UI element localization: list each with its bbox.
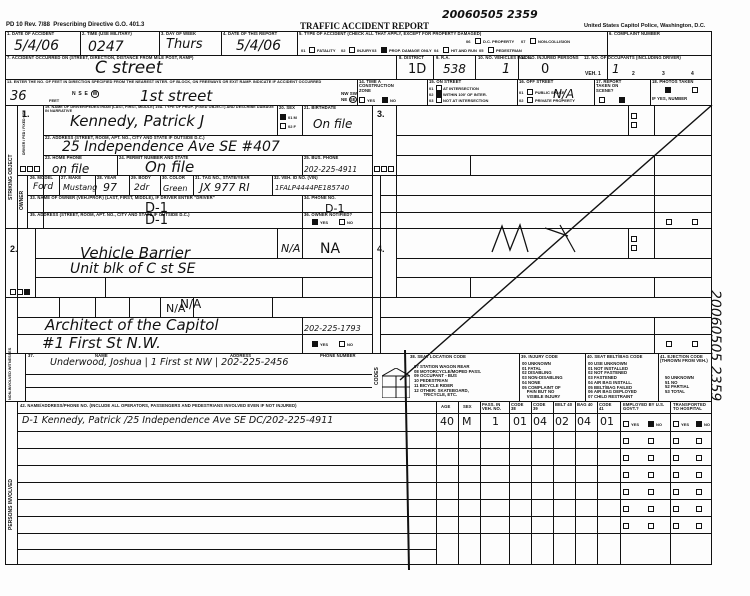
hospital-yes-5[interactable] — [673, 489, 679, 495]
persons-header-label: 42. Name/Address/Phone No. (Include all … — [20, 404, 297, 408]
employed-no-3[interactable] — [648, 455, 654, 461]
belt-code-label: 40. Seat Belt/Bag Code — [587, 355, 643, 359]
employed-yes-7[interactable] — [623, 523, 629, 529]
hospital-no-3[interactable] — [696, 455, 702, 461]
seat-grid — [382, 368, 410, 396]
person-1-belt[interactable]: 02 — [555, 416, 569, 427]
employed-no-2[interactable] — [648, 438, 654, 444]
witnesses-label: Non-Involved Witnesses — [8, 348, 12, 400]
employed-yes-2[interactable] — [623, 438, 629, 444]
hospital-no-1[interactable] — [696, 421, 702, 427]
hospital-yes-6[interactable] — [673, 506, 679, 512]
person-1-age[interactable]: 40 — [440, 416, 454, 427]
employed-no-1[interactable] — [648, 421, 654, 427]
person-1-code41[interactable]: 01 — [600, 416, 614, 427]
col-hospital: Transported to Hospital — [673, 403, 711, 412]
employed-yes-6[interactable] — [623, 506, 629, 512]
hospital-yes-7[interactable] — [673, 523, 679, 529]
col-age: Age — [441, 405, 450, 409]
col-pass-veh: Pass. in Veh. No. — [482, 403, 508, 412]
hospital-no-6[interactable] — [696, 506, 702, 512]
person-1-sex[interactable]: M — [462, 416, 472, 427]
ejection-codes-list: 50 Unknown 51 No 52 Partial 53 Total — [665, 376, 694, 395]
person-1-name[interactable]: D-1 Kennedy, Patrick /25 Independence Av… — [22, 416, 333, 426]
codes-label: Codes — [374, 367, 380, 385]
person-1-bag[interactable]: 04 — [577, 416, 591, 427]
witness-row-1[interactable]: Underwood, Joshua | 1 First st NW | 202-… — [50, 358, 288, 368]
employed-yes-5[interactable] — [623, 489, 629, 495]
employed-yes-3[interactable] — [623, 455, 629, 461]
hospital-yes-4[interactable] — [673, 472, 679, 478]
injury-code-label: 39. Injury Code — [521, 355, 558, 359]
employed-no-6[interactable] — [648, 506, 654, 512]
employed-yes-4[interactable] — [623, 472, 629, 478]
crossout-lines — [0, 0, 750, 596]
seat-location-label: 38. Seat Location Code — [410, 355, 466, 359]
col-employed: Employed by U.S. Govt.? — [623, 403, 669, 412]
witness-phone-label: Phone Number — [320, 354, 356, 358]
employed-no-5[interactable] — [648, 489, 654, 495]
col-sex: Sex — [463, 405, 472, 409]
persons-involved-label: Persons Involved — [8, 479, 14, 530]
hospital-yes-1[interactable] — [673, 421, 679, 427]
injury-codes-list: 00 Unknown 01 Fatal 02 Disabling 03 Non-… — [522, 362, 563, 400]
belt-codes-list: 00 Use Unknown 01 Not Installed 02 Not F… — [588, 362, 637, 400]
hospital-no-7[interactable] — [696, 523, 702, 529]
person-1-code39[interactable]: 04 — [533, 416, 547, 427]
employed-no-4[interactable] — [648, 472, 654, 478]
hospital-yes-3[interactable] — [673, 455, 679, 461]
person-1-veh[interactable]: 1 — [492, 416, 499, 427]
person-1-code38[interactable]: 01 — [513, 416, 527, 427]
employed-no-7[interactable] — [648, 523, 654, 529]
hospital-no-2[interactable] — [696, 438, 702, 444]
employed-yes-1[interactable] — [623, 421, 629, 427]
hospital-no-4[interactable] — [696, 472, 702, 478]
ejection-code-label: 41. Ejection Code (Thrown from Veh.) — [660, 355, 710, 364]
col-bag40: Bag 40 — [577, 403, 595, 407]
seat-codes-list: 07 Station Wagon Rear 08 Motorcycle/Mope… — [414, 365, 481, 398]
col-code39: Code 39 — [533, 403, 551, 412]
col-belt40: Belt 40 — [555, 403, 573, 407]
col-code38: Code 38 — [511, 403, 529, 412]
hospital-yes-2[interactable] — [673, 438, 679, 444]
col-code41: Code 41 — [599, 403, 617, 412]
hospital-no-5[interactable] — [696, 489, 702, 495]
witness-num-label: 37. — [28, 354, 34, 358]
